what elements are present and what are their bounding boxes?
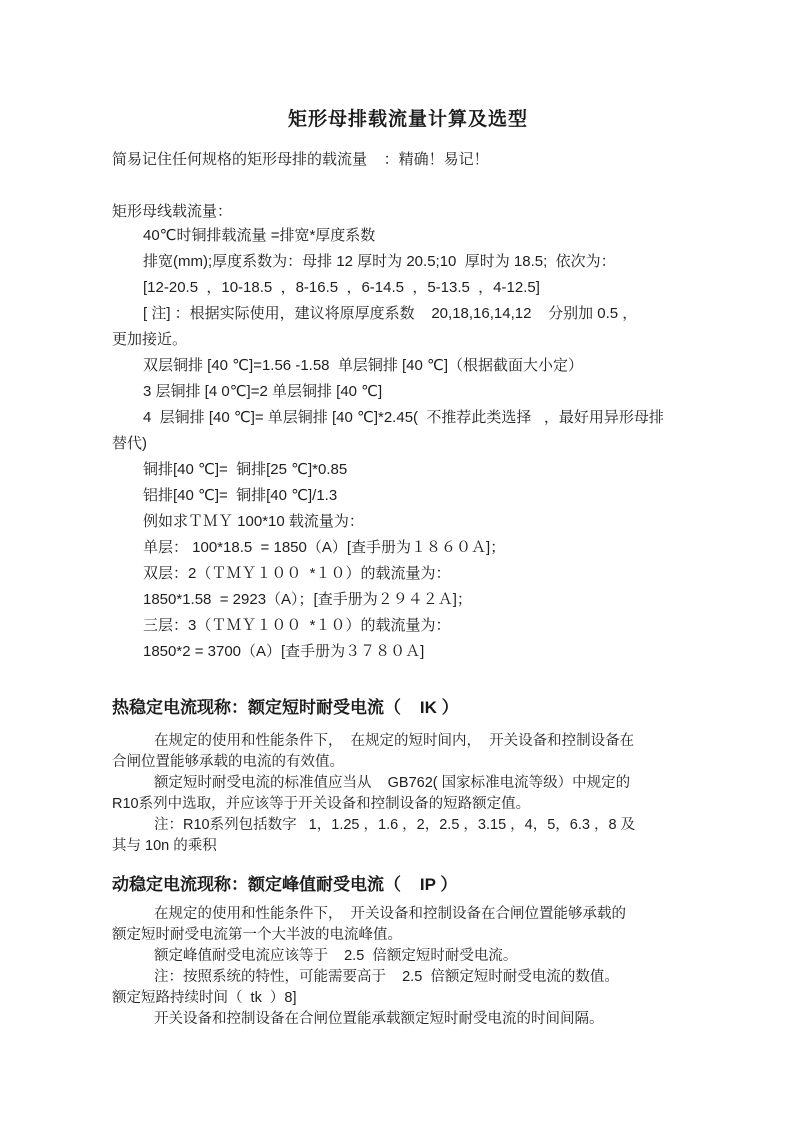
text-line: 其与 10n 的乘积 [112,836,704,857]
text-line: 铜排[40 ℃]= 铜排[25 ℃]*0.85 [112,457,704,483]
text-line: 额定峰值耐受电流应该等于 2.5 倍额定短时耐受电流。 [112,946,704,967]
thermal-current-heading: 热稳定电流现称：额定短时耐受电流（ IK ） [112,695,704,721]
text-line: 双层：2（ＴＭＹ１００ *１０）的载流量为： [112,561,704,587]
text-line: 额定短时耐受电流的标准值应当从 GB762( 国家标准电流等级）中规定的 [112,773,704,794]
busbar-formula-lines: 40℃时铜排载流量 =排宽*厚度系数排宽(mm);厚度系数为：母排 12 厚时为… [112,223,704,665]
dynamic-current-heading: 动稳定电流现称：额定峰值耐受电流（ IP ） [112,872,704,898]
text-line: 1850*2 = 3700（A）[查手册为３７８０Ａ] [112,639,704,665]
text-line: [ 注] ：根据实际使用，建议将原厚度系数 20,18,16,14,12 分别加… [112,301,704,327]
intro-text: 简易记住任何规格的矩形母排的载流量 ：精确！易记！ [112,149,704,171]
text-line: 替代) [112,431,704,457]
document-page: 矩形母排载流量计算及选型 简易记住任何规格的矩形母排的载流量 ：精确！易记！ 矩… [0,0,800,1132]
text-line: 在规定的使用和性能条件下， 开关设备和控制设备在合闸位置能够承载的 [112,904,704,925]
text-line: 排宽(mm);厚度系数为：母排 12 厚时为 20.5;10 厚时为 18.5;… [112,249,704,275]
page-title: 矩形母排载流量计算及选型 [112,105,704,135]
document-content: 矩形母排载流量计算及选型 简易记住任何规格的矩形母排的载流量 ：精确！易记！ 矩… [112,105,704,1030]
text-line: 在规定的使用和性能条件下， 在规定的短时间内， 开关设备和控制设备在 [112,731,704,752]
text-line: [12-20.5 ，10-18.5 ，8-16.5 ，6-14.5 ，5-13.… [112,275,704,301]
text-line: 三层：3（ＴＭＹ１００ *１０）的载流量为： [112,613,704,639]
text-line: 例如求ＴＭＹ 100*10 载流量为： [112,509,704,535]
busbar-section-label: 矩形母线载流量： [112,201,704,223]
text-line: 注：R10系列包括数字 1，1.25 ，1.6 ，2，2.5 ，3.15 ，4，… [112,815,704,836]
text-line: 额定短时耐受电流第一个大半波的电流峰值。 [112,925,704,946]
text-line: R10系列中选取，并应该等于开关设备和控制设备的短路额定值。 [112,794,704,815]
text-line: 注：按照系统的特性，可能需要高于 2.5 倍额定短时耐受电流的数值。 [112,967,704,988]
text-line: 3 层铜排 [4 0℃]=2 单层铜排 [40 ℃] [112,379,704,405]
text-line: 4 层铜排 [40 ℃]= 单层铜排 [40 ℃]*2.45( 不推荐此类选择 … [112,405,704,431]
text-line: 开关设备和控制设备在合闸位置能承载额定短时耐受电流的时间间隔。 [112,1009,704,1030]
text-line: 1850*1.58 = 2923（A）；[查手册为２９４２Ａ]； [112,587,704,613]
text-line: 合闸位置能够承载的电流的有效值。 [112,752,704,773]
dynamic-current-paragraphs: 在规定的使用和性能条件下， 开关设备和控制设备在合闸位置能够承载的额定短时耐受电… [112,904,704,1030]
text-line: 40℃时铜排载流量 =排宽*厚度系数 [112,223,704,249]
text-line: 铝排[40 ℃]= 铜排[40 ℃]/1.3 [112,483,704,509]
thermal-current-paragraphs: 在规定的使用和性能条件下， 在规定的短时间内， 开关设备和控制设备在合闸位置能够… [112,731,704,857]
text-line: 双层铜排 [40 ℃]=1.56 -1.58 单层铜排 [40 ℃]（根据截面大… [112,353,704,379]
text-line: 更加接近。 [112,327,704,353]
text-line: 单层： 100*18.5 = 1850（A）[查手册为１８６０Ａ]； [112,535,704,561]
text-line: 额定短路持续时间（ tk ）8] [112,988,704,1009]
